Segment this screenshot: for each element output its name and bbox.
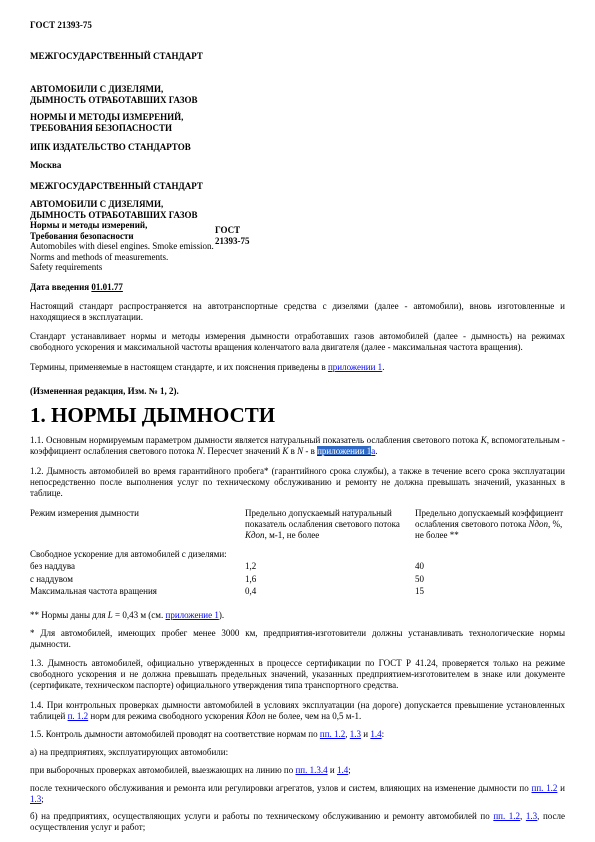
n-value-cell: 40 (415, 560, 565, 573)
var-Kdop: Кдоп (246, 711, 266, 721)
k-value-cell: 1,2 (245, 560, 415, 573)
list-item-a: а) на предприятиях, эксплуатирующих авто… (30, 747, 565, 758)
standard-type-label: МЕЖГОСУДАРСТВЕННЫЙ СТАНДАРТ (30, 51, 565, 62)
col-header-n: Предельно допускаемый коэффициент ослабл… (415, 508, 565, 548)
para-establishes: Стандарт устанавливает нормы и методы из… (30, 331, 565, 353)
link-annex-1a[interactable]: приложении 1а (317, 446, 375, 456)
table-row: Свободное ускорение для автомобилей с ди… (30, 548, 565, 561)
link-clause-1-3[interactable]: 1.3 (30, 794, 41, 804)
para-1-4: 1.4. При контрольных проверках дымности … (30, 700, 565, 722)
link-clause-1-4[interactable]: 1.4 (370, 729, 381, 739)
list-item-a1: при выборочных проверках автомобилей, вы… (30, 765, 565, 776)
link-clause-1-3[interactable]: 1.3 (350, 729, 361, 739)
table-row: без наддува 1,2 40 (30, 560, 565, 573)
footnote-single-star: * Для автомобилей, имеющих пробег менее … (30, 628, 565, 650)
para-1-2: 1.2. Дымность автомобилей во время гаран… (30, 466, 565, 499)
para-1-1: 1.1. Основным нормируемым параметром дым… (30, 435, 565, 457)
link-clauses-1-3-4[interactable]: пп. 1.3.4 (295, 765, 327, 775)
regime-cell: с наддувом (30, 573, 245, 586)
smoke-norms-table: Режим измерения дымности Предельно допус… (30, 508, 565, 598)
section-1-heading: 1. НОРМЫ ДЫМНОСТИ (30, 402, 565, 428)
link-clause-1-2[interactable]: п. 1.2 (68, 711, 89, 721)
k-value-cell: 0,4 (245, 585, 415, 598)
amendment-note: (Измененная редакция, Изм. № 1, 2). (30, 386, 565, 397)
link-clause-1-4[interactable]: 1.4 (337, 765, 348, 775)
var-Kdop: Kдоп (245, 530, 265, 540)
regime-cell: Максимальная частота вращения (30, 585, 245, 598)
table-header-row: Режим измерения дымности Предельно допус… (30, 508, 565, 548)
link-clauses-1-2[interactable]: пп. 1.2 (532, 783, 558, 793)
para-1-5: 1.5. Контроль дымности автомобилей прово… (30, 729, 565, 740)
selected-text-highlight: приложении 1 (317, 446, 371, 456)
k-value-cell (245, 548, 415, 561)
link-annex-1[interactable]: приложение 1 (166, 610, 219, 620)
standard-type-label-repeat: МЕЖГОСУДАРСТВЕННЫЙ СТАНДАРТ (30, 181, 565, 192)
regime-cell: Свободное ускорение для автомобилей с ди… (30, 548, 245, 561)
link-clauses-1-2[interactable]: пп. 1.2 (493, 811, 520, 821)
city-label: Москва (30, 160, 565, 171)
link-clause-1-3[interactable]: 1.3 (526, 811, 537, 821)
title-block-gost-number: ГОСТ 21393-75 (215, 225, 250, 247)
n-value-cell (415, 548, 565, 561)
title-block-text: АВТОМОБИЛИ С ДИЗЕЛЯМИ, ДЫМНОСТЬ ОТРАБОТА… (30, 199, 215, 273)
n-value-cell: 50 (415, 573, 565, 586)
publisher-label: ИПК ИЗДАТЕЛЬСТВО СТАНДАРТОВ (30, 142, 565, 153)
para-scope: Настоящий стандарт распространяется на а… (30, 301, 565, 323)
col-header-regime: Режим измерения дымности (30, 508, 245, 548)
effective-date-value: 01.01.77 (91, 282, 123, 292)
var-Ndop: Nдоп (528, 519, 548, 529)
regime-cell: без наддува (30, 560, 245, 573)
doc-number-top: ГОСТ 21393-75 (30, 20, 565, 31)
title-block: АВТОМОБИЛИ С ДИЗЕЛЯМИ, ДЫМНОСТЬ ОТРАБОТА… (30, 199, 565, 273)
para-1-3: 1.3. Дымность автомобилей, официально ут… (30, 658, 565, 691)
footnote-double-star: ** Нормы даны для L = 0,43 м (см. прилож… (30, 610, 565, 621)
col-header-k: Предельно допускаемый натуральный показа… (245, 508, 415, 548)
table-row: Максимальная частота вращения 0,4 15 (30, 585, 565, 598)
list-item-a2: после технического обслуживания и ремонт… (30, 783, 565, 805)
doc-title: АВТОМОБИЛИ С ДИЗЕЛЯМИ,ДЫМНОСТЬ ОТРАБОТАВ… (30, 84, 565, 106)
document-page: ГОСТ 21393-75 МЕЖГОСУДАРСТВЕННЫЙ СТАНДАР… (0, 0, 595, 842)
n-value-cell: 15 (415, 585, 565, 598)
k-value-cell: 1,6 (245, 573, 415, 586)
list-item-b: б) на предприятиях, осуществляющих услуг… (30, 811, 565, 833)
link-clauses-1-2[interactable]: пп. 1.2 (320, 729, 345, 739)
table-row: с наддувом 1,6 50 (30, 573, 565, 586)
para-terms: Термины, применяемые в настоящем стандар… (30, 362, 565, 373)
doc-subtitle: НОРМЫ И МЕТОДЫ ИЗМЕРЕНИЙ,ТРЕБОВАНИЯ БЕЗО… (30, 112, 565, 134)
link-annex-1[interactable]: приложении 1 (328, 362, 382, 372)
effective-date: Дата введения 01.01.77 (30, 282, 565, 293)
